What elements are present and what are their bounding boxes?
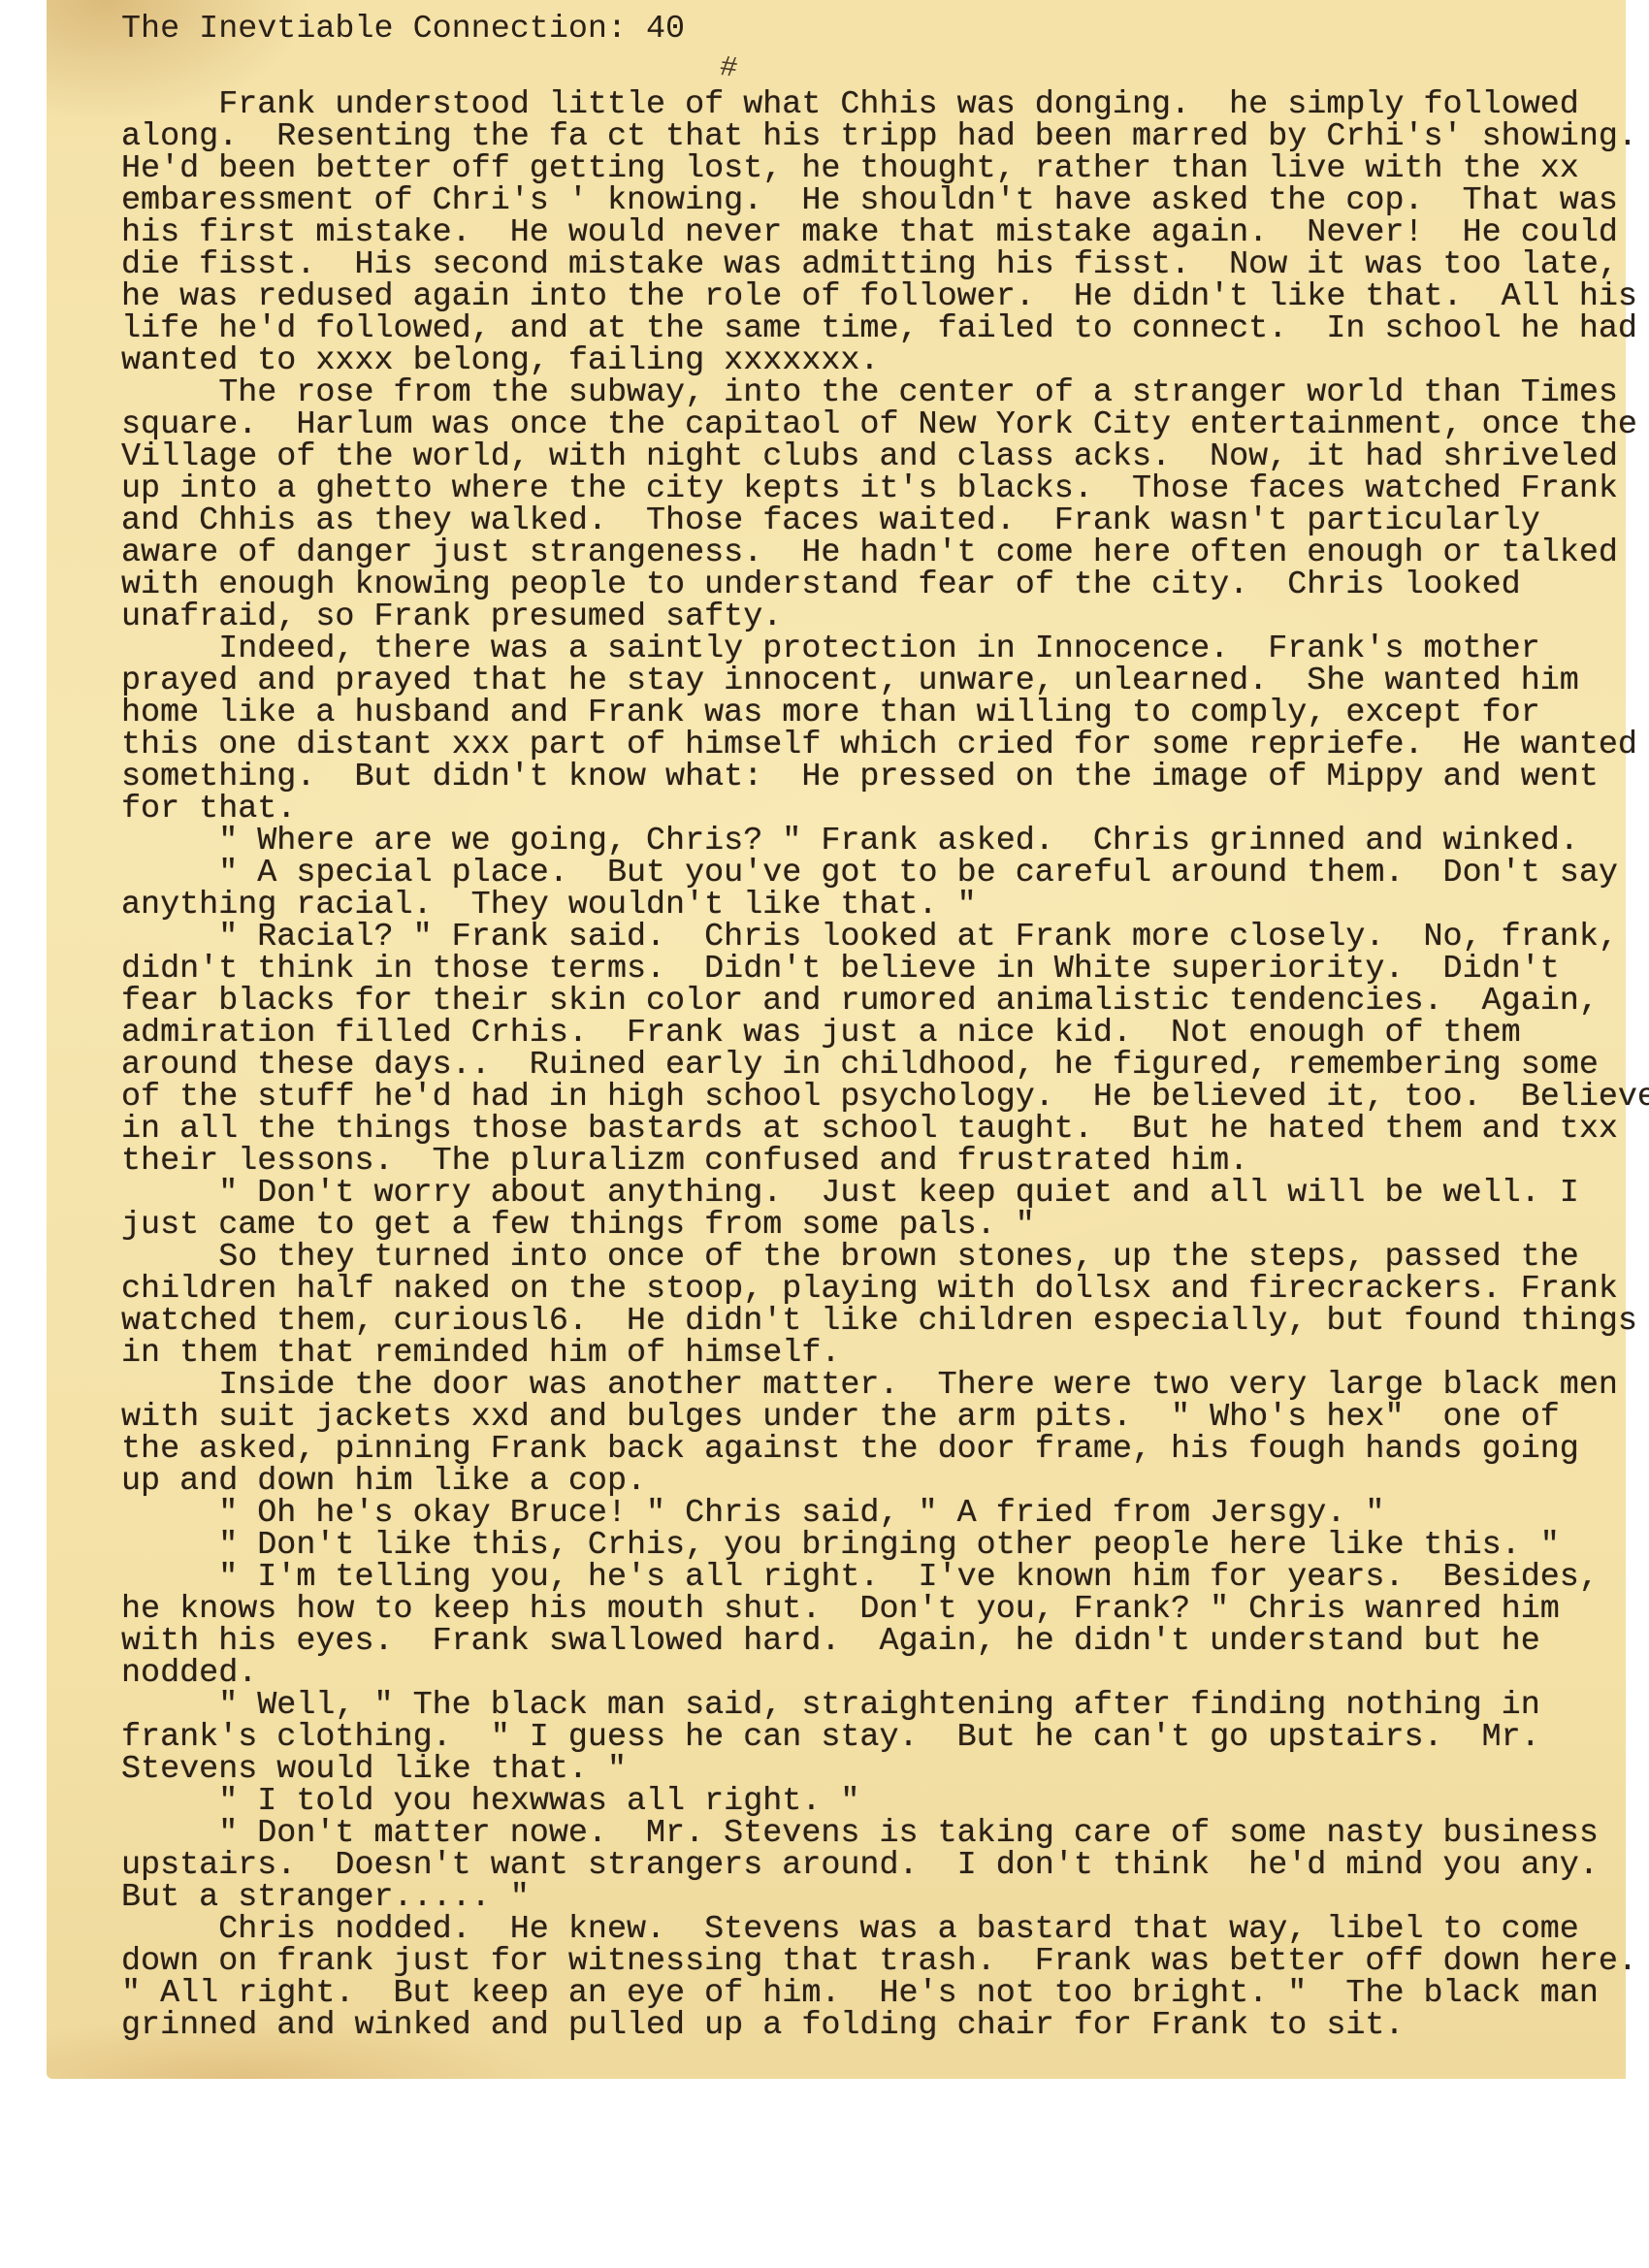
text-line: Chris nodded. He knew. Stevens was a bas… [121,1914,1649,1946]
text-line: " Where are we going, Chris? " Frank ask… [121,826,1649,858]
document-text: The Inevtiable Connection: 40 # Frank un… [121,0,1634,128]
text-line: anything racial. They wouldn't like that… [121,890,1649,922]
text-line: But a stranger..... " [121,1882,1649,1914]
text-line: Village of the world, with night clubs a… [121,441,1649,473]
page-header: The Inevtiable Connection: 40 [121,14,685,46]
text-line: He'd been better off getting lost, he th… [121,153,1649,185]
text-line: prayed and prayed that he stay innocent,… [121,665,1649,697]
text-line: upstairs. Doesn't want strangers around.… [121,1850,1649,1882]
text-line: up into a ghetto where the city kepts it… [121,473,1649,505]
text-line: die fisst. His second mistake was admitt… [121,249,1649,281]
text-line: along. Resenting the fa ct that his trip… [121,121,1649,153]
text-line: around these days.. Ruined early in chil… [121,1050,1649,1082]
text-line: " Well, " The black man said, straighten… [121,1690,1649,1722]
text-line: life he'd followed, and at the same time… [121,313,1649,345]
text-line: with suit jackets xxd and bulges under t… [121,1402,1649,1434]
text-line: in all the things those bastards at scho… [121,1114,1649,1146]
text-line: Indeed, there was a saintly protection i… [121,633,1649,665]
text-line: " Racial? " Frank said. Chris looked at … [121,922,1649,954]
text-line: " A special place. But you've got to be … [121,858,1649,890]
text-line: " All right. But keep an eye of him. He'… [121,1978,1649,2010]
text-line: and Chhis as they walked. Those faces wa… [121,505,1649,537]
text-line: " Don't worry about anything. Just keep … [121,1178,1649,1210]
text-line: aware of danger just strangeness. He had… [121,537,1649,569]
text-line: wanted to xxxx belong, failing xxxxxxx. [121,345,1649,377]
text-line: with his eyes. Frank swallowed hard. Aga… [121,1626,1649,1658]
text-line: So they turned into once of the brown st… [121,1242,1649,1274]
text-line: up and down him like a cop. [121,1466,1649,1498]
text-line: " Don't like this, Crhis, you bringing o… [121,1530,1649,1562]
text-line: embaressment of Chri's ' knowing. He sho… [121,185,1649,217]
text-line: their lessons. The pluralizm confused an… [121,1146,1649,1178]
text-line: nodded. [121,1658,1649,1690]
text-line: Stevens would like that. " [121,1754,1649,1786]
text-line: watched them, curiousl6. He didn't like … [121,1306,1649,1338]
text-line: with enough knowing people to understand… [121,569,1649,601]
text-line: Inside the door was another matter. Ther… [121,1370,1649,1402]
text-line: " Oh he's okay Bruce! " Chris said, " A … [121,1498,1649,1530]
text-line: the asked, pinning Frank back against th… [121,1434,1649,1466]
text-line: fear blacks for their skin color and rum… [121,986,1649,1018]
text-line: in them that reminded him of himself. [121,1338,1649,1370]
text-line: this one distant xxx part of himself whi… [121,729,1649,761]
text-line: admiration filled Crhis. Frank was just … [121,1018,1649,1050]
text-line: his first mistake. He would never make t… [121,217,1649,249]
section-mark: # [718,52,739,86]
text-line: " I'm telling you, he's all right. I've … [121,1562,1649,1594]
text-line: The rose from the subway, into the cente… [121,377,1649,409]
document-body: Frank understood little of what Chhis wa… [121,89,1649,2042]
text-line: frank's clothing. " I guess he can stay.… [121,1722,1649,1754]
text-line: just came to get a few things from some … [121,1210,1649,1242]
text-line: Frank understood little of what Chhis wa… [121,89,1649,121]
text-line: " I told you hexwwas all right. " [121,1786,1649,1818]
text-line: didn't think in those terms. Didn't beli… [121,954,1649,986]
text-line: square. Harlum was once the capitaol of … [121,409,1649,441]
text-line: children half naked on the stoop, playin… [121,1274,1649,1306]
text-line: home like a husband and Frank was more t… [121,697,1649,729]
text-line: he was redused again into the role of fo… [121,281,1649,313]
text-line: something. But didn't know what: He pres… [121,761,1649,794]
text-line: down on frank just for witnessing that t… [121,1946,1649,1978]
text-line: of the stuff he'd had in high school psy… [121,1082,1649,1114]
text-line: unafraid, so Frank presumed safty. [121,601,1649,633]
text-line: " Don't matter nowe. Mr. Stevens is taki… [121,1818,1649,1850]
text-line: for that. [121,794,1649,826]
text-line: grinned and winked and pulled up a foldi… [121,2010,1649,2042]
text-line: he knows how to keep his mouth shut. Don… [121,1594,1649,1626]
